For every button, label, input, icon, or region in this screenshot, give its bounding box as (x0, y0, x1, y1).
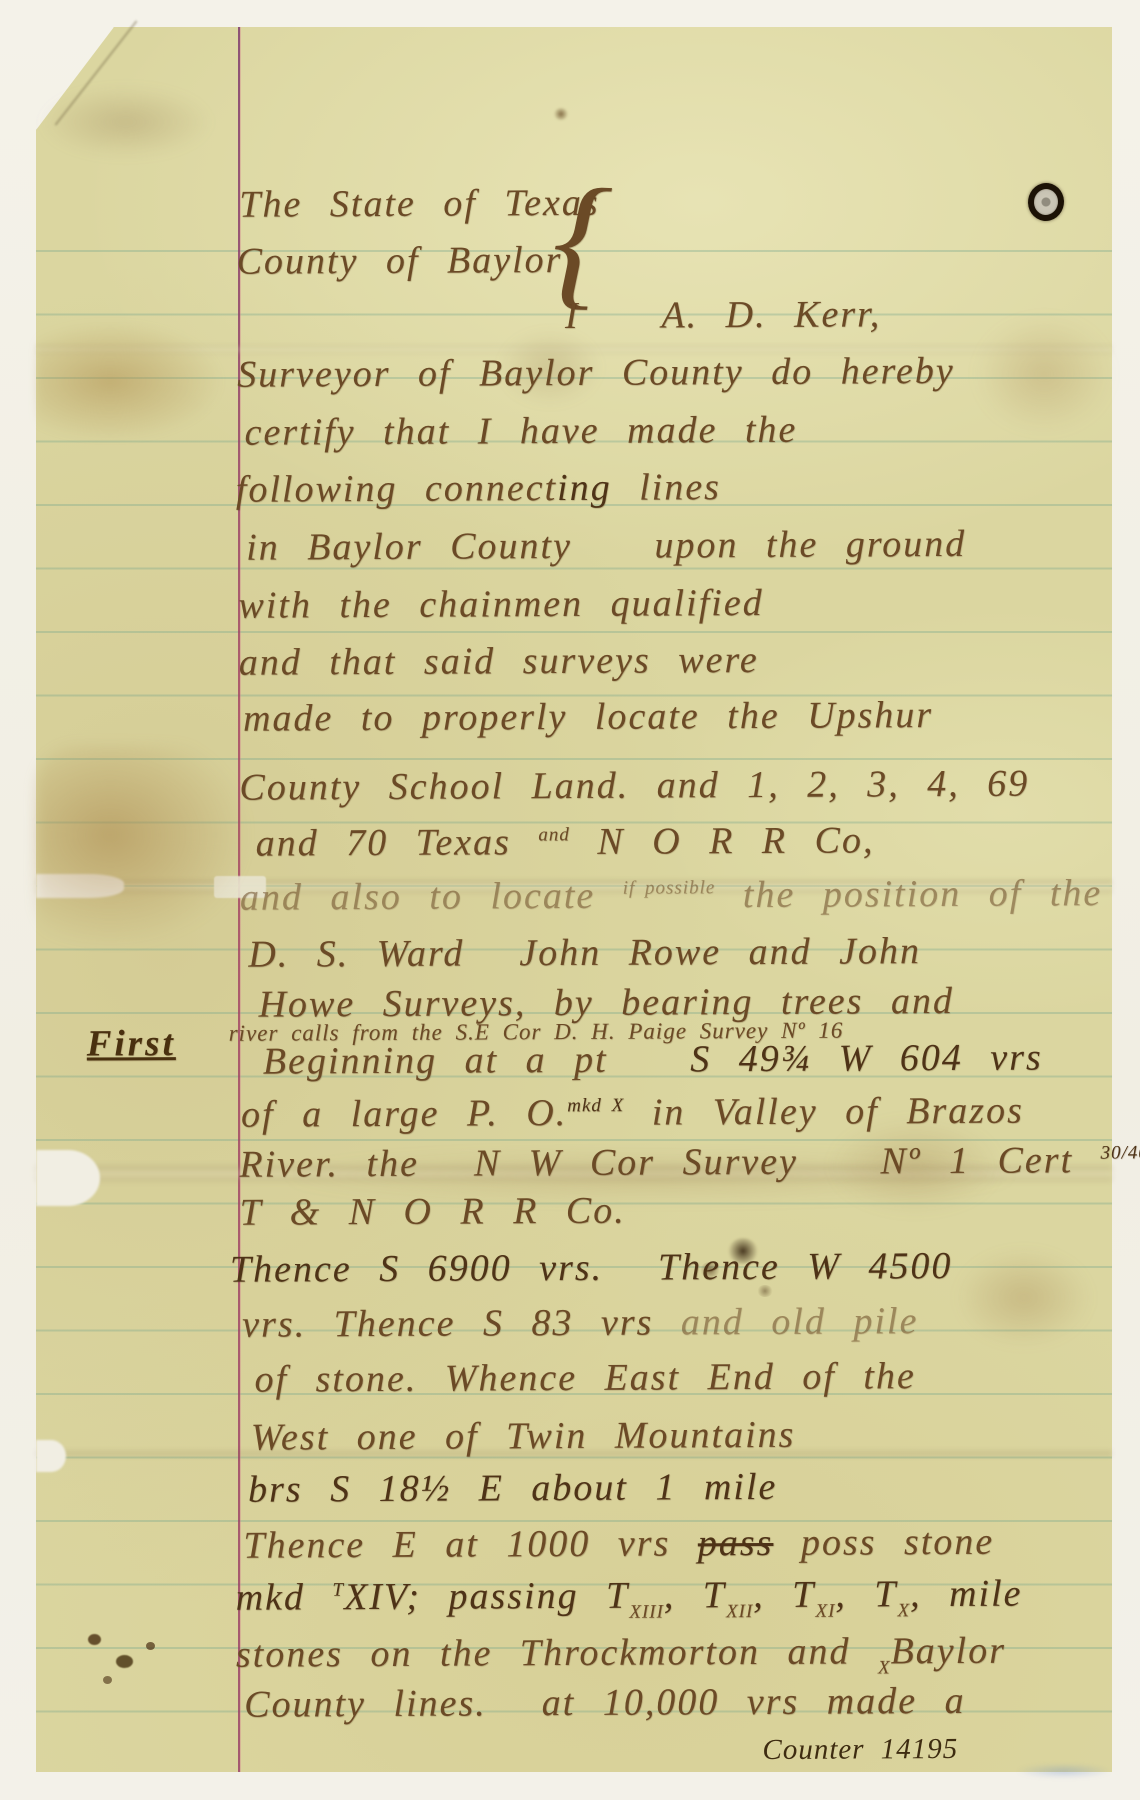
margin-rule-line (238, 27, 240, 1772)
tape-remnant (214, 876, 266, 898)
document-page (36, 27, 1112, 1772)
scanned-document: The State of TexasCounty of Baylor{I A. … (0, 0, 1140, 1800)
